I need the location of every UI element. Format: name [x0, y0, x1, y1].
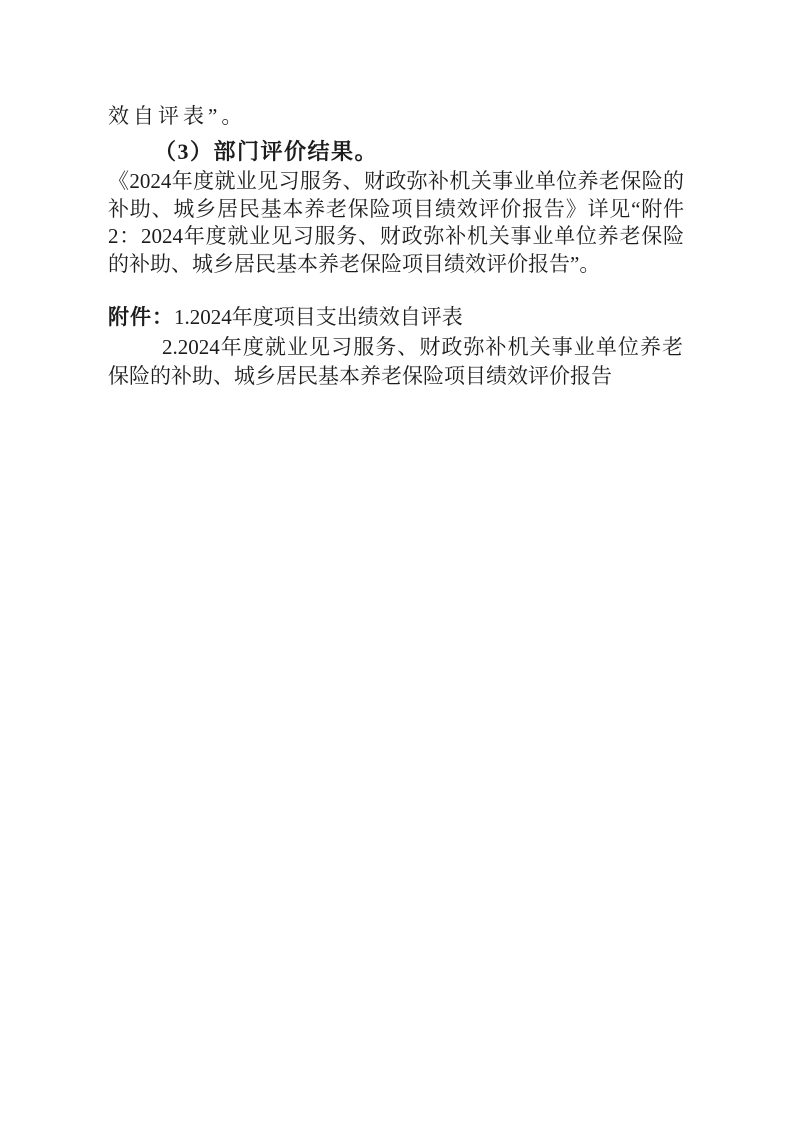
attachment-item-2-line-2: 保险的补助、城乡居民基本养老保险项目绩效评价报告: [108, 362, 684, 392]
paragraph-line-2: 补助、城乡居民基本养老保险项目绩效评价报告》详见“附件: [108, 196, 684, 224]
attachments-line-1: 附件：1.2024年度项目支出绩效自评表: [108, 303, 684, 333]
section-heading: （3）部门评价结果。: [154, 135, 378, 166]
report-paragraph: 《2024年度就业见习服务、财政弥补机关事业单位养老保险的 补助、城乡居民基本养…: [108, 168, 684, 278]
attachment-item-1: 1.2024年度项目支出绩效自评表: [174, 305, 463, 329]
attachments-label: 附件：: [108, 305, 174, 329]
paragraph-line-3: 2：2024年度就业见习服务、财政弥补机关事业单位养老保险: [108, 223, 684, 251]
document-page: 效自评表”。 （3）部门评价结果。 《2024年度就业见习服务、财政弥补机关事业…: [0, 0, 794, 1122]
paragraph-line-4: 的补助、城乡居民基本养老保险项目绩效评价报告”。: [108, 251, 684, 279]
attachment-item-2-line-1: 2.2024年度就业见习服务、财政弥补机关事业单位养老: [162, 333, 683, 363]
paragraph-line-1: 《2024年度就业见习服务、财政弥补机关事业单位养老保险的: [108, 168, 684, 196]
attachments-section: 附件：1.2024年度项目支出绩效自评表 2.2024年度就业见习服务、财政弥补…: [108, 303, 684, 392]
continuation-text: 效自评表”。: [108, 100, 246, 130]
